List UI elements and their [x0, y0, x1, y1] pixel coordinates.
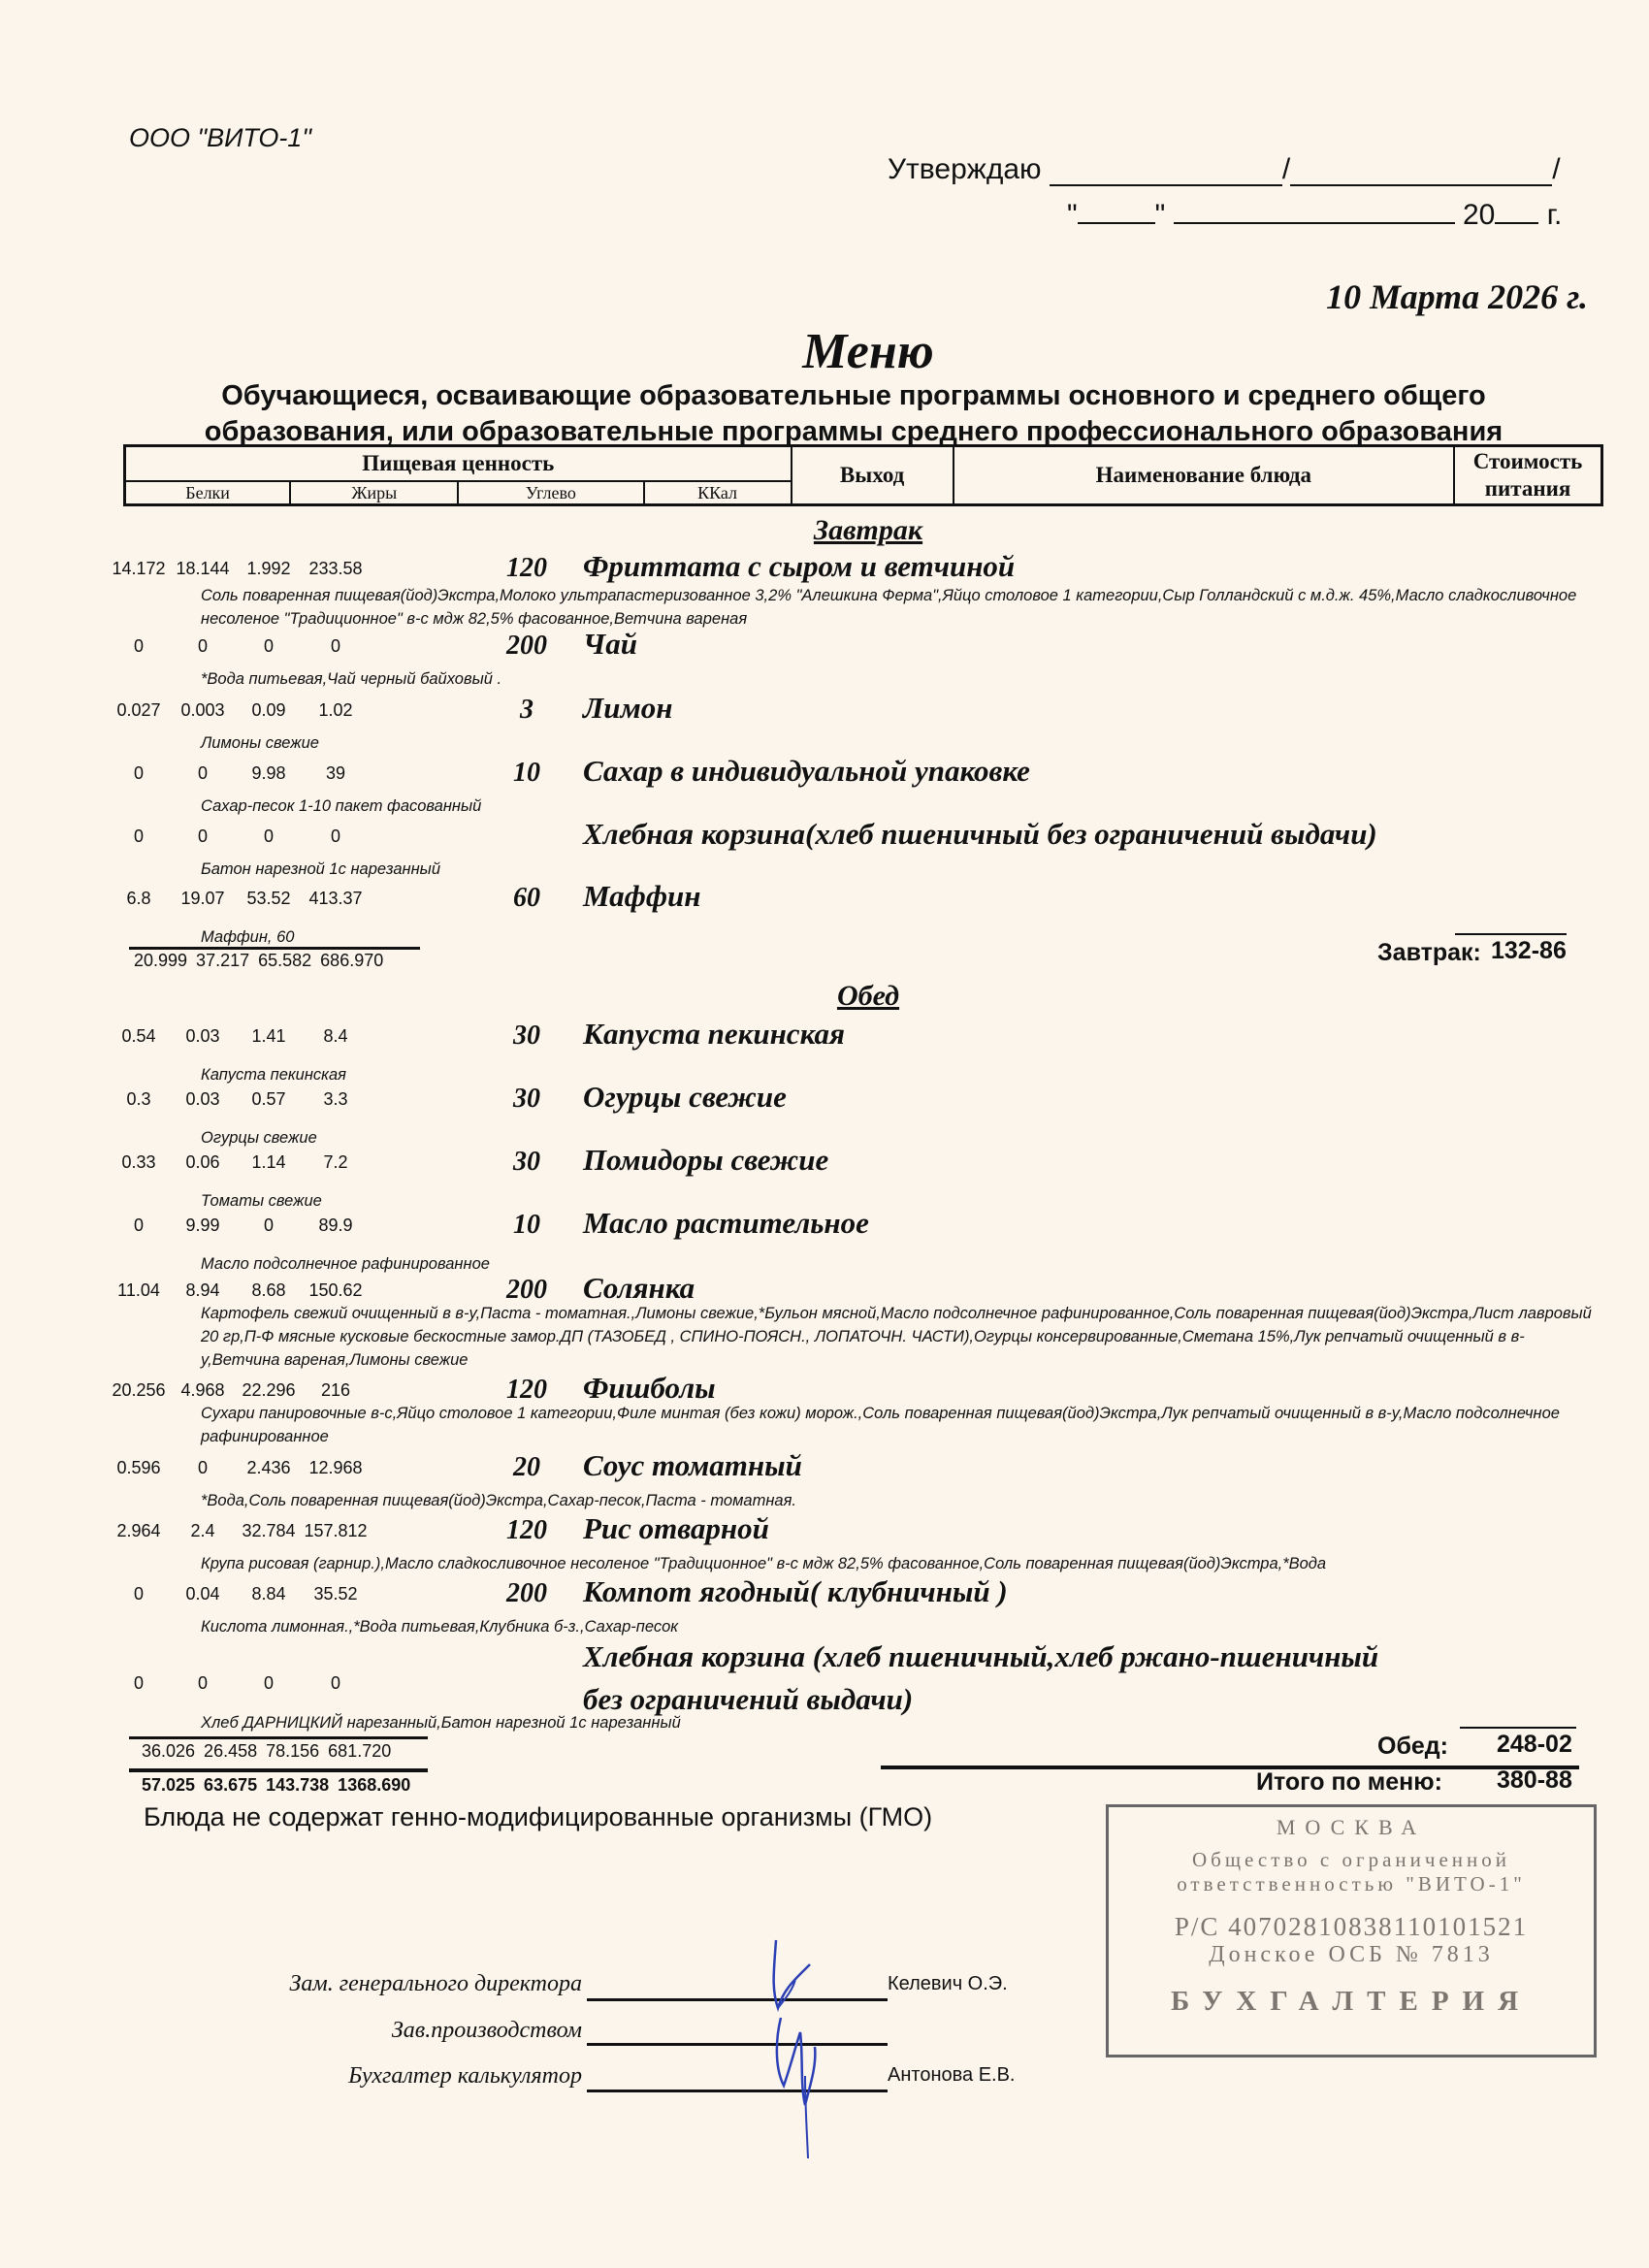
- stamp-account: Р/С 40702810838110101521: [1109, 1912, 1594, 1942]
- lunch-total-cost: 248-02: [1497, 1731, 1572, 1759]
- dish-name: Масло растительное: [583, 1206, 869, 1241]
- grand-total-cost: 380-88: [1497, 1766, 1572, 1795]
- divider: [1460, 1727, 1576, 1729]
- dish-name: Хлебная корзина(хлеб пшеничный без огран…: [583, 817, 1377, 852]
- dish-name: Помидоры свежие: [583, 1143, 828, 1178]
- dish-name: Огурцы свежие: [583, 1080, 787, 1115]
- divider: [129, 1768, 428, 1772]
- dish-name: Солянка: [583, 1271, 695, 1306]
- carbs-value: 2.436: [230, 1458, 307, 1478]
- carbs-value: 8.84: [230, 1584, 307, 1604]
- lunch-nutrition-totals: 36.026 26.458 78.156 681.720: [142, 1741, 391, 1762]
- stamp-line1: Общество с ограниченной: [1109, 1848, 1594, 1872]
- kcal-value: 35.52: [297, 1584, 374, 1604]
- dish-ingredients: Хлеб ДАРНИЦКИЙ нарезанный,Батон нарезной…: [201, 1711, 1598, 1734]
- dish-ingredients: *Вода питьевая,Чай черный байховый .: [201, 667, 1598, 691]
- carbs-header: Углево: [458, 481, 643, 505]
- kcal-value: 3.3: [297, 1089, 374, 1110]
- dish-ingredients: Картофель свежий очищенный в в-у,Паста -…: [201, 1302, 1598, 1372]
- menu-date: 10 Марта 2026 г.: [1326, 276, 1588, 317]
- output-value: 200: [464, 631, 590, 662]
- carbs-value: 0: [230, 826, 307, 847]
- dish-name: Компот ягодный( клубничный ): [583, 1574, 1008, 1609]
- kcal-value: 39: [297, 763, 374, 784]
- gmo-notice: Блюда не содержат генно-модифицированные…: [144, 1802, 932, 1832]
- dish-name: Чай: [583, 627, 637, 662]
- carbs-value: 0.57: [230, 1089, 307, 1110]
- grand-total-label: Итого по меню:: [1256, 1768, 1442, 1797]
- approver-name-field: [1290, 159, 1552, 186]
- kcal-value: 413.37: [297, 889, 374, 909]
- carbs-value: 1.14: [230, 1152, 307, 1173]
- signature-name: Келевич О.Э.: [888, 1973, 1008, 1995]
- dish-ingredients: Соль поваренная пищевая(йод)Экстра,Молок…: [201, 584, 1598, 631]
- carbs-value: 0: [230, 1215, 307, 1236]
- quote: ": [1067, 199, 1078, 231]
- dish-ingredients: Сахар-песок 1-10 пакет фасованный: [201, 794, 1598, 818]
- signature-name: Антонова Е.В.: [888, 2064, 1015, 2087]
- nutrition-header: Пищевая ценность: [125, 446, 792, 482]
- stamp-city: МОСКВА: [1109, 1815, 1594, 1840]
- carbs-value: 0: [230, 636, 307, 657]
- dish-ingredients: Томаты свежие: [201, 1189, 1598, 1213]
- year-prefix: 20: [1463, 199, 1495, 231]
- dish-ingredients: Масло подсолнечное рафинированное: [201, 1252, 1598, 1276]
- handwritten-signature-icon: [757, 1930, 873, 2163]
- dish-name: Фриттата с сыром и ветчиной: [583, 549, 1015, 584]
- output-value: 30: [464, 1084, 590, 1115]
- kcal-value: 157.812: [297, 1521, 374, 1541]
- cost-header: Стоимость питания: [1454, 446, 1602, 505]
- company-stamp: МОСКВА Общество с ограниченной ответстве…: [1106, 1804, 1597, 2057]
- section-breakfast: Завтрак: [0, 514, 1649, 547]
- breakfast-total-cost: 132-86: [1491, 937, 1567, 965]
- dish-name: Фишболы: [583, 1371, 716, 1406]
- kcal-value: 89.9: [297, 1215, 374, 1236]
- dish-name-header: Наименование блюда: [954, 446, 1454, 505]
- dish-ingredients: Кислота лимонная.,*Вода питьевая,Клубник…: [201, 1615, 1598, 1638]
- divider: [1455, 933, 1567, 935]
- signature-role: Зам. генерального директора: [213, 1971, 582, 1997]
- carbs-value: 0: [230, 1673, 307, 1694]
- dish-name: Капуста пекинская: [583, 1017, 845, 1052]
- dish-name: Маффин: [583, 879, 700, 914]
- output-value: 10: [464, 758, 590, 789]
- dish-ingredients: *Вода,Соль поваренная пищевая(йод)Экстра…: [201, 1489, 1598, 1512]
- approver-signature-field: [1050, 159, 1282, 186]
- kcal-value: 7.2: [297, 1152, 374, 1173]
- carbs-value: 1.992: [230, 559, 307, 579]
- carbs-value: 22.296: [230, 1380, 307, 1401]
- kcal-value: 150.62: [297, 1280, 374, 1301]
- signature-role: Зав.производством: [213, 2018, 582, 2044]
- output-value: 120: [464, 1515, 590, 1546]
- output-value: 30: [464, 1021, 590, 1052]
- output-value: 10: [464, 1210, 590, 1241]
- kcal-value: 1.02: [297, 700, 374, 721]
- dish-ingredients: Капуста пекинская: [201, 1063, 1598, 1086]
- approve-label: Утверждаю: [888, 153, 1042, 185]
- output-value: 200: [464, 1578, 590, 1609]
- stamp-line2: ответственностью "ВИТО-1": [1109, 1872, 1594, 1896]
- output-value: 30: [464, 1147, 590, 1178]
- section-lunch: Обед: [0, 980, 1649, 1013]
- carbs-value: 1.41: [230, 1026, 307, 1047]
- divider: [129, 1736, 428, 1739]
- protein-header: Белки: [125, 481, 291, 505]
- page-subtitle: Обучающиеся, осваивающие образовательные…: [175, 378, 1533, 450]
- breakfast-total-label: Завтрак:: [1377, 939, 1481, 967]
- lunch-total-label: Обед:: [1377, 1733, 1448, 1761]
- carbs-value: 8.68: [230, 1280, 307, 1301]
- signature-role: Бухгалтер калькулятор: [213, 2063, 582, 2090]
- output-value: 60: [464, 883, 590, 914]
- output-value: 120: [464, 553, 590, 584]
- dish-name: Сахар в индивидуальной упаковке: [583, 754, 1030, 789]
- dish-ingredients: Огурцы свежие: [201, 1126, 1598, 1150]
- approval-date-line: "" 20 г.: [1067, 199, 1562, 232]
- dish-name: Лимон: [583, 691, 672, 726]
- output-value: 20: [464, 1452, 590, 1483]
- carbs-value: 53.52: [230, 889, 307, 909]
- breakfast-nutrition-totals: 20.999 37.217 65.582 686.970: [134, 951, 383, 971]
- carbs-value: 9.98: [230, 763, 307, 784]
- kcal-value: 0: [297, 826, 374, 847]
- organization-name: ООО "ВИТО-1": [129, 123, 311, 153]
- fat-header: Жиры: [290, 481, 458, 505]
- dish-name: Хлебная корзина (хлеб пшеничный,хлеб ржа…: [583, 1639, 1378, 1674]
- output-value: 3: [464, 695, 590, 726]
- kcal-value: 0: [297, 1673, 374, 1694]
- page-title: Меню: [0, 323, 1649, 380]
- output-header: Выход: [792, 446, 954, 505]
- stamp-bank: Донское ОСБ № 7813: [1109, 1942, 1594, 1968]
- dish-ingredients: Крупа рисовая (гарнир.),Масло сладкослив…: [201, 1552, 1598, 1575]
- kcal-value: 12.968: [297, 1458, 374, 1478]
- kcal-value: 216: [297, 1380, 374, 1401]
- dish-ingredients: Батон нарезной 1с нарезанный: [201, 858, 1598, 881]
- year-suffix: г.: [1547, 199, 1563, 231]
- carbs-value: 0.09: [230, 700, 307, 721]
- kcal-value: 8.4: [297, 1026, 374, 1047]
- dish-name: Рис отварной: [583, 1511, 769, 1546]
- quote: ": [1155, 199, 1166, 231]
- dish-ingredients: Лимоны свежие: [201, 731, 1598, 755]
- menu-table-header: Пищевая ценность Выход Наименование блюд…: [123, 444, 1603, 506]
- kcal-header: ККал: [644, 481, 792, 505]
- divider: [881, 1766, 1579, 1769]
- kcal-value: 0: [297, 636, 374, 657]
- divider: [129, 947, 420, 950]
- approval-line: Утверждаю //: [888, 153, 1561, 186]
- grand-nutrition-totals: 57.025 63.675 143.738 1368.690: [142, 1775, 410, 1796]
- stamp-department: БУХГАЛТЕРИЯ: [1109, 1986, 1594, 2018]
- kcal-value: 233.58: [297, 559, 374, 579]
- carbs-value: 32.784: [230, 1521, 307, 1541]
- dish-ingredients: Сухари панировочные в-с,Яйцо столовое 1 …: [201, 1402, 1598, 1448]
- dish-name: Соус томатный: [583, 1448, 802, 1483]
